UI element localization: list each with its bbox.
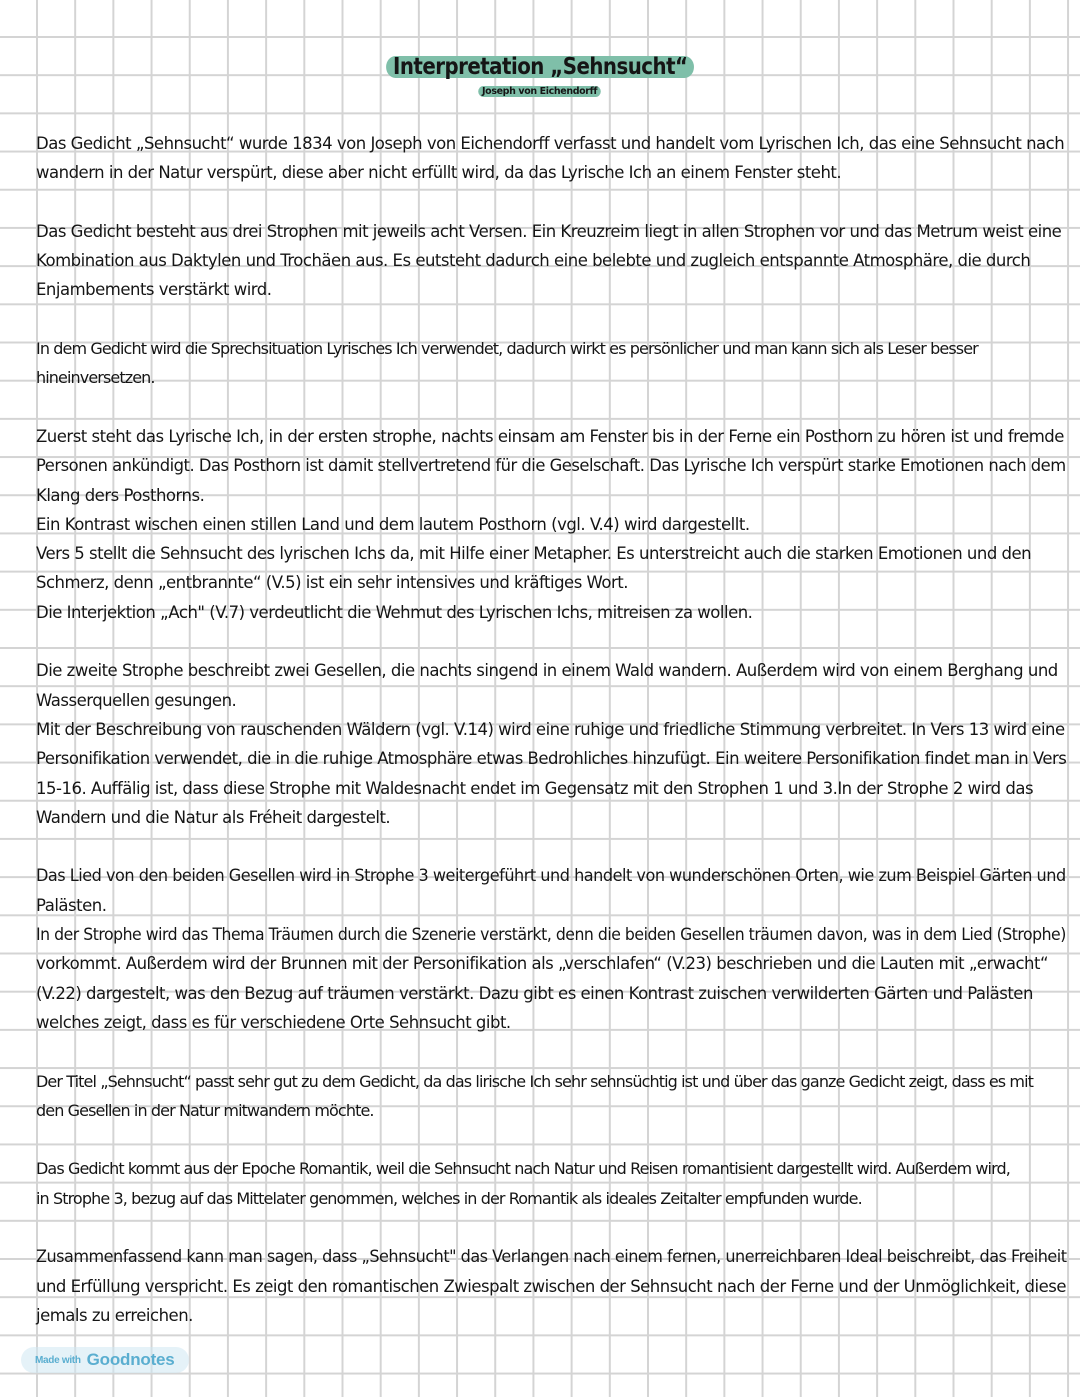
text-line: Wasserquellen gesungen. bbox=[36, 686, 1066, 715]
text-line: Zusammenfassend kann man sagen, dass „Se… bbox=[36, 1242, 1037, 1271]
text-line: Das Gedicht besteht aus drei Strophen mi… bbox=[36, 217, 1066, 246]
goodnotes-logo: Goodnotes bbox=[87, 1350, 175, 1370]
paragraph-stanza-1: Zuerst steht das Lyrische Ich, in der er… bbox=[36, 422, 1066, 627]
text-line: Vers 5 stellt die Sehnsucht des lyrische… bbox=[36, 539, 1066, 568]
paragraph-conclusion: Zusammenfassend kann man sagen, dass „Se… bbox=[36, 1242, 1066, 1330]
text-line: Enjambements verstärkt wird. bbox=[36, 275, 1066, 304]
page-title: Interpretation „Sehnsucht“ bbox=[386, 56, 694, 78]
text-line: Das Gedicht kommt aus der Epoche Romanti… bbox=[36, 1154, 1066, 1183]
text-line: Der Titel „Sehnsucht“ passt sehr gut zu … bbox=[36, 1067, 1066, 1096]
text-line: Das Gedicht „Sehnsucht“ wurde 1834 von J… bbox=[36, 129, 1066, 158]
text-line: Ein Kontrast wischen einen stillen Land … bbox=[36, 510, 1066, 539]
text-line: vorkommt. Außerdem wird der Brunnen mit … bbox=[36, 949, 1066, 978]
document-header: Interpretation „Sehnsucht“ Joseph von Ei… bbox=[0, 50, 1080, 98]
paragraph-stanza-2: Die zweite Strophe beschreibt zwei Gesel… bbox=[36, 656, 1066, 832]
text-line: Schmerz, denn „entbrannte“ (V.5) ist ein… bbox=[36, 568, 1066, 597]
text-line: In dem Gedicht wird die Sprechsituation … bbox=[36, 334, 1066, 363]
text-line: welches zeigt, dass es für verschiedene … bbox=[36, 1008, 1066, 1037]
text-line: Das Lied von den beiden Gesellen wird in… bbox=[36, 861, 1040, 890]
text-line: in Strophe 3, bezug auf das Mittelater g… bbox=[36, 1184, 1066, 1213]
paragraph-title-analysis: Der Titel „Sehnsucht“ passt sehr gut zu … bbox=[36, 1067, 1066, 1126]
text-line: (V.22) dargestelt, was den Bezug auf trä… bbox=[36, 979, 1066, 1008]
paragraph-stanza-3: Das Lied von den beiden Gesellen wird in… bbox=[36, 861, 1066, 1037]
text-line: jemals zu erreichen. bbox=[36, 1301, 1066, 1330]
text-line: hineinversetzen. bbox=[36, 363, 1066, 392]
text-line: Palästen. bbox=[36, 891, 1066, 920]
text-line: den Gesellen in der Natur mitwandern möc… bbox=[36, 1096, 1066, 1125]
text-line: Klang ders Posthorns. bbox=[36, 481, 1066, 510]
text-line: Personen ankündigt. Das Posthorn ist dam… bbox=[36, 451, 1057, 480]
text-line: wandern in der Natur verspürt, diese abe… bbox=[36, 158, 1066, 187]
author-subtitle: Joseph von Eichendorff bbox=[479, 86, 602, 97]
text-line: Wandern und die Natur als Fréheit darges… bbox=[36, 803, 1066, 832]
document-body: Das Gedicht „Sehnsucht“ wurde 1834 von J… bbox=[36, 129, 1066, 1359]
text-line: Zuerst steht das Lyrische Ich, in der er… bbox=[36, 422, 1066, 451]
text-line: und Erfüllung verspricht. Es zeigt den r… bbox=[36, 1272, 1065, 1301]
text-line: Die zweite Strophe beschreibt zwei Gesel… bbox=[36, 656, 1066, 685]
text-line: Personifikation verwendet, die in die ru… bbox=[36, 744, 1064, 773]
text-line: 15-16. Auffälig ist, dass diese Strophe … bbox=[36, 774, 1066, 803]
paragraph-intro: Das Gedicht „Sehnsucht“ wurde 1834 von J… bbox=[36, 129, 1066, 188]
text-line: Kombination aus Daktylen und Trochäen au… bbox=[36, 246, 1066, 275]
paragraph-epoch: Das Gedicht kommt aus der Epoche Romanti… bbox=[36, 1154, 1066, 1213]
goodnotes-watermark: Made with Goodnotes bbox=[21, 1347, 189, 1373]
paragraph-speech-situation: In dem Gedicht wird die Sprechsituation … bbox=[36, 334, 1066, 393]
watermark-prefix: Made with bbox=[35, 1355, 81, 1366]
text-line: Die Interjektion „Ach" (V.7) verdeutlich… bbox=[36, 598, 1066, 627]
text-line: In der Strophe wird das Thema Träumen du… bbox=[36, 920, 1015, 949]
paragraph-form: Das Gedicht besteht aus drei Strophen mi… bbox=[36, 217, 1066, 305]
title-highlight: Interpretation „Sehnsucht“ bbox=[361, 50, 719, 78]
text-line: Mit der Beschreibung von rauschenden Wäl… bbox=[36, 715, 1066, 744]
